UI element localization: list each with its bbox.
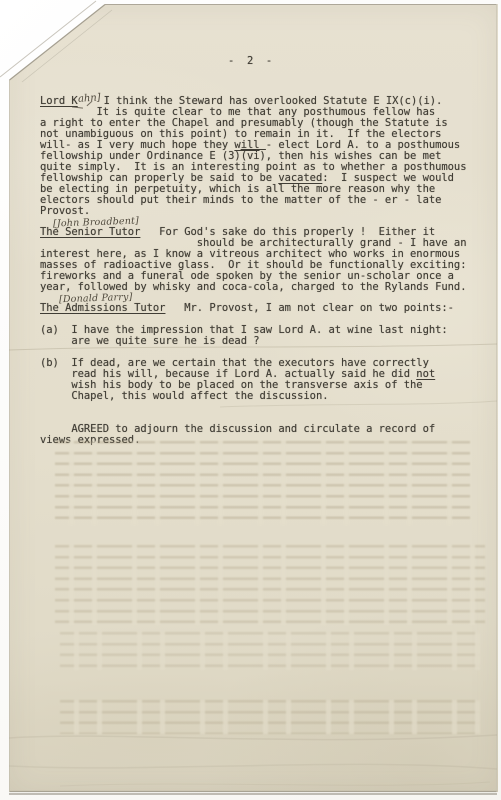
bleed-through-text [60, 632, 480, 670]
page-number: - 2 - [228, 56, 272, 67]
text-line: The Admissions Tutor Mr. Provost, I am n… [40, 303, 466, 314]
text-line: year, followed by whisky and coca-cola, … [40, 282, 466, 293]
typed-text-segment: year, followed by whisky and coca-cola, … [40, 281, 466, 293]
text-line [40, 402, 466, 413]
text-line: are we quite sure he is dead ? [40, 336, 466, 347]
bleed-through-text [55, 441, 470, 525]
typed-text-segment: Chapel, this would affect the discussion… [40, 390, 329, 402]
typed-text-segment: are we quite sure he is dead ? [40, 335, 260, 347]
text-line: electors should put their minds to the m… [40, 195, 466, 206]
bleed-through-text [55, 545, 485, 625]
paper-sheet: - 2 - Lord Kahn]I think the Steward has … [9, 4, 498, 792]
typed-text-segment: electors should put their minds to the m… [40, 194, 441, 206]
typed-text: Lord Kahn]I think the Steward has overlo… [40, 96, 466, 446]
typed-text-segment: Mr. Provost, I am not clear on two point… [165, 302, 454, 314]
text-line: Provost. [40, 206, 466, 217]
text-line: Chapel, this would affect the discussion… [40, 391, 466, 402]
bleed-through-text [60, 700, 480, 734]
